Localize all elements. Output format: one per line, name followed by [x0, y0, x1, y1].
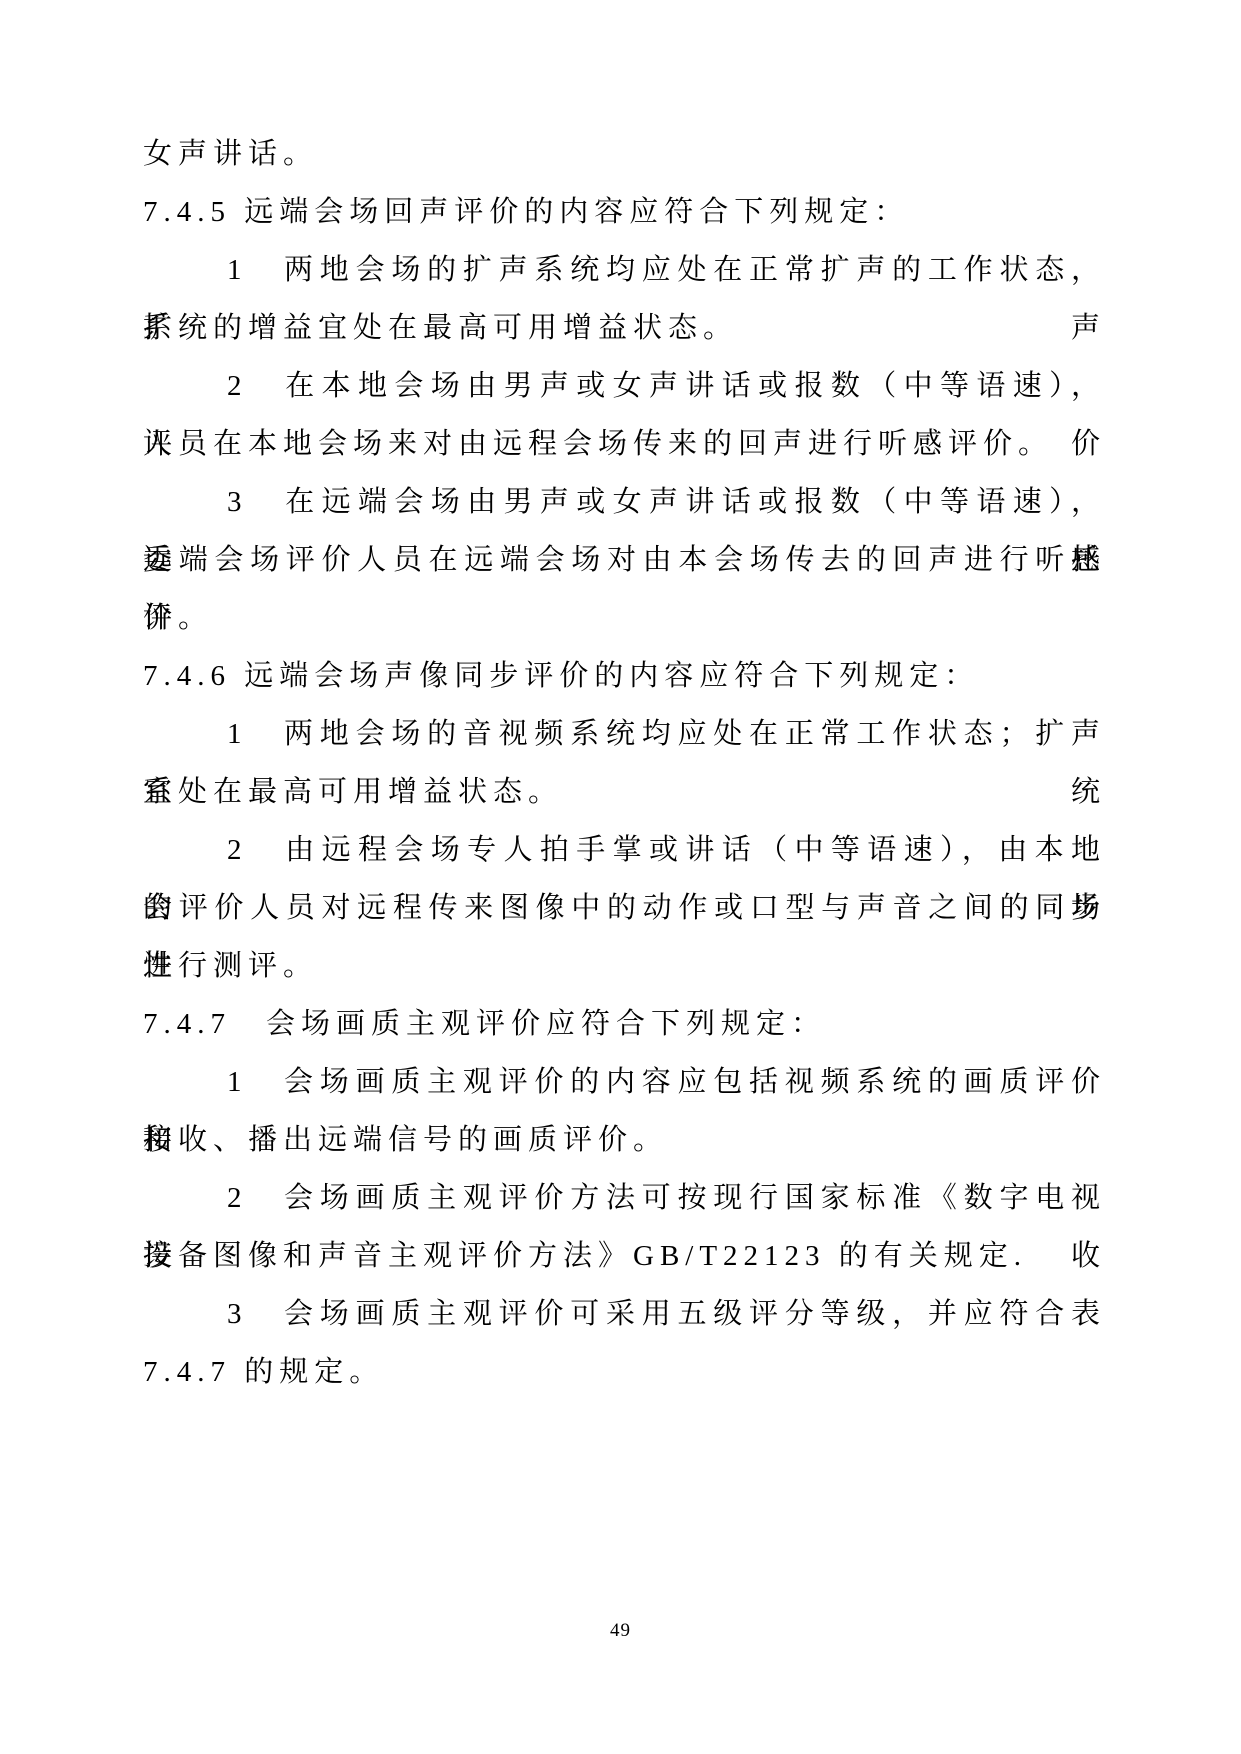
text-line: 3 会场画质主观评价可采用五级评分等级，并应符合表: [143, 1285, 1106, 1343]
document-page: 女声讲话。 7.4.5 远端会场回声评价的内容应符合下列规定： 1 两地会场的扩…: [0, 0, 1241, 1754]
text-line: 远端会场评价人员在远端会场对由本会场传去的回声进行听感评: [143, 531, 1106, 589]
text-line: 接收、播出远端信号的画质评价。: [143, 1111, 1106, 1169]
text-line: 进行测评。: [143, 937, 1106, 995]
page-body-text: 女声讲话。 7.4.5 远端会场回声评价的内容应符合下列规定： 1 两地会场的扩…: [143, 125, 1106, 1401]
text-line: 的评价人员对远程传来图像中的动作或口型与声音之间的同步性: [143, 879, 1106, 937]
text-line: 3 在远端会场由男声或女声讲话或报数（中等语速），委托: [143, 473, 1106, 531]
text-line: 1 会场画质主观评价的内容应包括视频系统的画质评价和: [143, 1053, 1106, 1111]
page-number: 49: [0, 1620, 1241, 1642]
text-line: 设备图像和声音主观评价方法》GB/T22123 的有关规定.: [143, 1227, 1106, 1285]
section-heading-7-4-7: 7.4.7 会场画质主观评价应符合下列规定：: [143, 995, 1106, 1053]
text-line: 7.4.7 的规定。: [143, 1343, 1106, 1401]
text-line: 2 会场画质主观评价方法可按现行国家标准《数字电视接收: [143, 1169, 1106, 1227]
text-line: 2 由远程会场专人拍手掌或讲话（中等语速），由本地会场: [143, 821, 1106, 879]
text-line: 1 两地会场的音视频系统均应处在正常工作状态；扩声系统: [143, 705, 1106, 763]
text-line: 女声讲话。: [143, 125, 1106, 183]
text-line: 价。: [143, 589, 1106, 647]
section-heading-7-4-6: 7.4.6 远端会场声像同步评价的内容应符合下列规定：: [143, 647, 1106, 705]
text-line: 1 两地会场的扩声系统均应处在正常扩声的工作状态，扩声: [143, 241, 1106, 299]
text-line: 2 在本地会场由男声或女声讲话或报数（中等语速），评价: [143, 357, 1106, 415]
text-line: 人员在本地会场来对由远程会场传来的回声进行听感评价。: [143, 415, 1106, 473]
section-heading-7-4-5: 7.4.5 远端会场回声评价的内容应符合下列规定：: [143, 183, 1106, 241]
